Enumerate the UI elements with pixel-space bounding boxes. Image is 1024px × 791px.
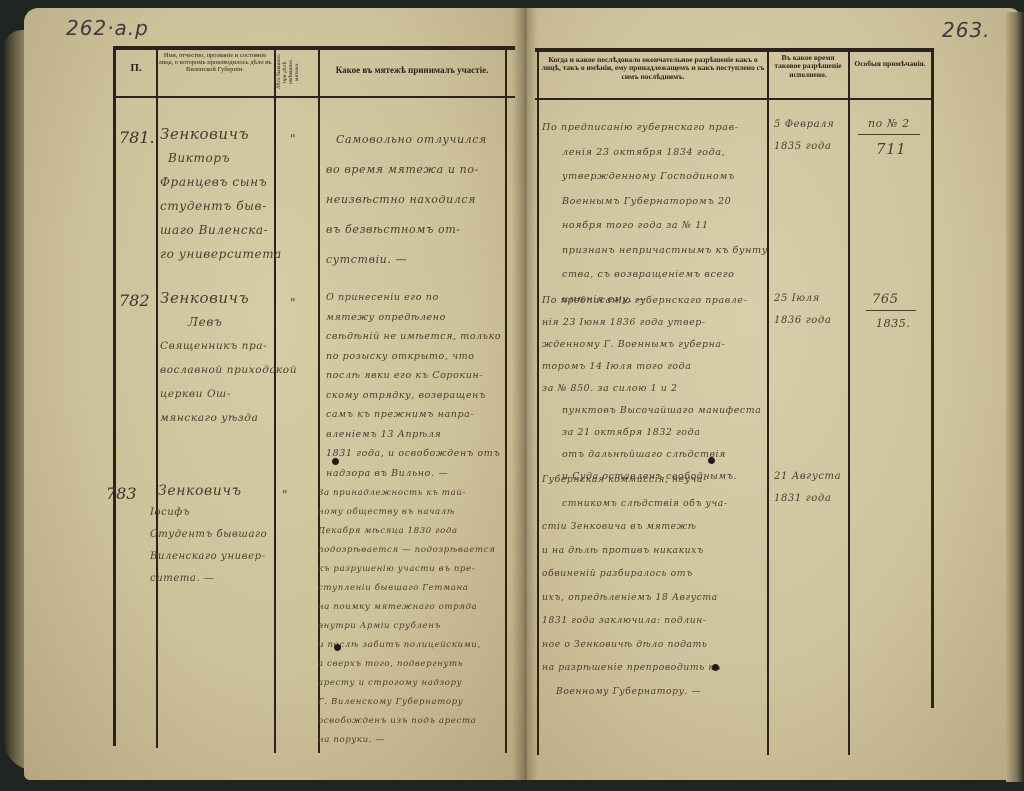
paper-hole bbox=[712, 664, 719, 671]
right-col-divider-0 bbox=[537, 50, 539, 755]
entry-name: Зенковичъ Левъ Священникъ пра- вославной… bbox=[160, 286, 297, 430]
left-page-number: 262·a.p bbox=[66, 16, 149, 40]
age-ditto: " bbox=[290, 132, 296, 146]
header-number: П. bbox=[118, 62, 154, 74]
age-ditto: " bbox=[282, 488, 288, 502]
book-spread: 262·a.p 263. П. Имя, отчество, прозваніе… bbox=[0, 0, 1024, 791]
entry-number: 781. bbox=[119, 128, 155, 147]
right-header-bottom-rule bbox=[535, 98, 933, 100]
header-resolution: Когда и какое послѣдовало окончательное … bbox=[540, 56, 766, 81]
right-page-edge bbox=[1006, 12, 1024, 782]
header-name: Имя, отчество, прозваніе и состояніе лиц… bbox=[158, 52, 272, 73]
left-col-divider-4 bbox=[505, 48, 507, 753]
right-col-divider-2 bbox=[848, 50, 850, 755]
entry-participation: Самовольно отлучился во время мятежа и п… bbox=[326, 125, 487, 275]
left-col-divider-1 bbox=[156, 48, 158, 748]
paper-hole bbox=[334, 644, 341, 651]
book-gutter bbox=[512, 8, 538, 780]
right-header-top-rule bbox=[535, 48, 933, 52]
executed-date: 21 Августа 1831 года bbox=[774, 466, 841, 510]
resolution-text: По предписанію губернскаго прав- ленія 2… bbox=[542, 116, 768, 312]
paper-hole bbox=[332, 458, 339, 465]
paper-hole bbox=[708, 457, 715, 464]
header-age: Лѣта бывшихъ при дѣлѣ имѣвшихъ мятежа. bbox=[276, 50, 316, 94]
header-remarks: Особыя примѣчанія. bbox=[850, 60, 930, 68]
right-page-number: 263. bbox=[942, 18, 991, 42]
remarks: 765 1835. bbox=[866, 290, 916, 337]
resolution-text: Губернская коммиссія, неуча- стникомъ сл… bbox=[542, 468, 728, 703]
left-header-bottom-rule bbox=[115, 96, 515, 98]
header-participation: Какое въ мятежѣ принималъ участіе. bbox=[320, 66, 504, 76]
executed-date: 25 Іюля 1836 года bbox=[774, 288, 831, 332]
entry-participation: О принесеніи его по мятежу опредѣлено св… bbox=[326, 288, 501, 483]
entry-number: 783 bbox=[106, 484, 137, 503]
executed-date: 5 Февраля 1835 года bbox=[774, 114, 834, 158]
entry-participation: За принадлежность къ тай- ному обществу … bbox=[318, 484, 495, 750]
age-ditto: " bbox=[290, 296, 296, 310]
left-table-border bbox=[113, 46, 116, 746]
entry-number: 782 bbox=[119, 291, 150, 310]
resolution-text: По предписанію губернскаго правле- нія 2… bbox=[542, 290, 761, 488]
entry-name: Зенковичъ Іосифъ Студентъ бывшаго Виленс… bbox=[150, 480, 267, 590]
header-executed-date: Въ какое время таковое разрѣшеніе исполн… bbox=[769, 54, 847, 79]
right-table-border bbox=[931, 48, 934, 708]
entry-name: Зенковичъ Викторъ Францевъ сынъ студентъ… bbox=[160, 122, 282, 266]
remarks: по № 2 711 bbox=[858, 114, 920, 163]
